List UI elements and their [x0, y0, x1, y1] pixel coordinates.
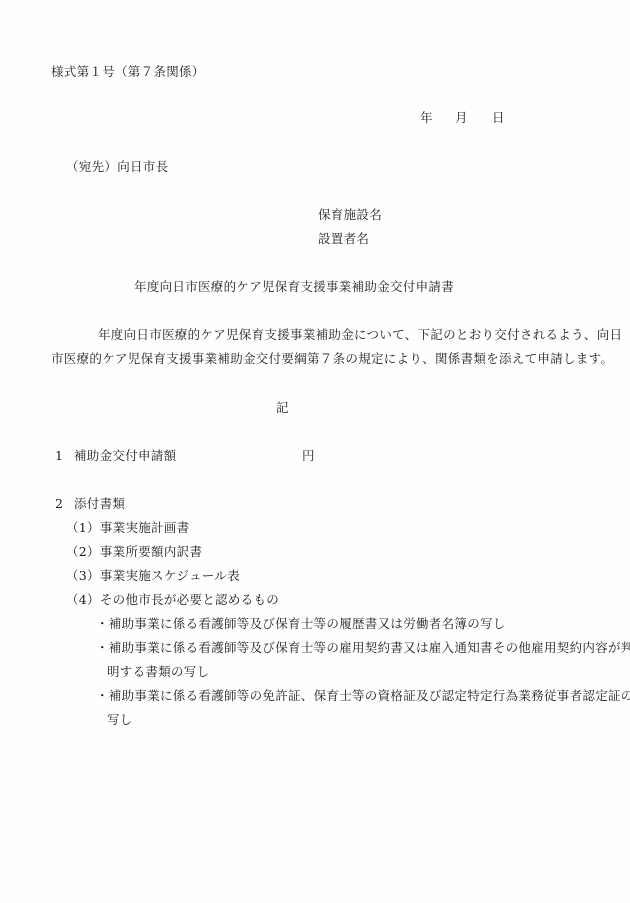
section-1-label: 補助金交付申請額 [74, 450, 176, 463]
attachment-item-2: （2）事業所要額内訳書 [66, 546, 202, 559]
section-2-number: 2 [55, 498, 63, 511]
section-2-label: 添付書類 [74, 498, 125, 511]
body-line-2: 市医療的ケア児保育支援事業補助金交付要綱第７条の規定により、関係書類を添えて申請… [51, 353, 613, 366]
bullet-3-line-2: 写し [107, 714, 133, 727]
date-month: 月 [455, 112, 468, 125]
addressee: （宛先）向日市長 [66, 161, 168, 174]
bullet-1-line-1: ・補助事業に係る看護師等及び保育士等の履歴書又は労働者名簿の写し [96, 618, 506, 631]
date-year: 年 [420, 112, 433, 125]
body-line-1: 年度向日市医療的ケア児保育支援事業補助金について、下記のとおり交付されるよう、向… [98, 329, 622, 342]
attachment-item-3: （3）事業実施スケジュール表 [66, 570, 240, 583]
bullet-3-line-1: ・補助事業に係る看護師等の免許証、保育士等の資格証及び認定特定行為業務従事者認定… [96, 690, 630, 703]
bullet-2-line-1: ・補助事業に係る看護師等及び保育士等の雇用契約書又は雇入通知書その他雇用契約内容… [96, 642, 630, 655]
facility-name-label: 保育施設名 [318, 209, 382, 222]
ki-heading: 記 [276, 402, 289, 415]
bullet-2-line-2: 明する書類の写し [107, 666, 209, 679]
establisher-name-label: 設置者名 [318, 233, 369, 246]
attachment-item-1: （1）事業実施計画書 [66, 522, 189, 535]
section-1-unit: 円 [302, 450, 315, 463]
section-1-number: 1 [55, 450, 63, 463]
document-title: 年度向日市医療的ケア児保育支援事業補助金交付申請書 [134, 281, 454, 294]
date-day: 日 [492, 112, 505, 125]
form-number: 様式第１号（第７条関係） [51, 66, 205, 79]
attachment-item-4: （4）その他市長が必要と認めるもの [66, 594, 279, 607]
